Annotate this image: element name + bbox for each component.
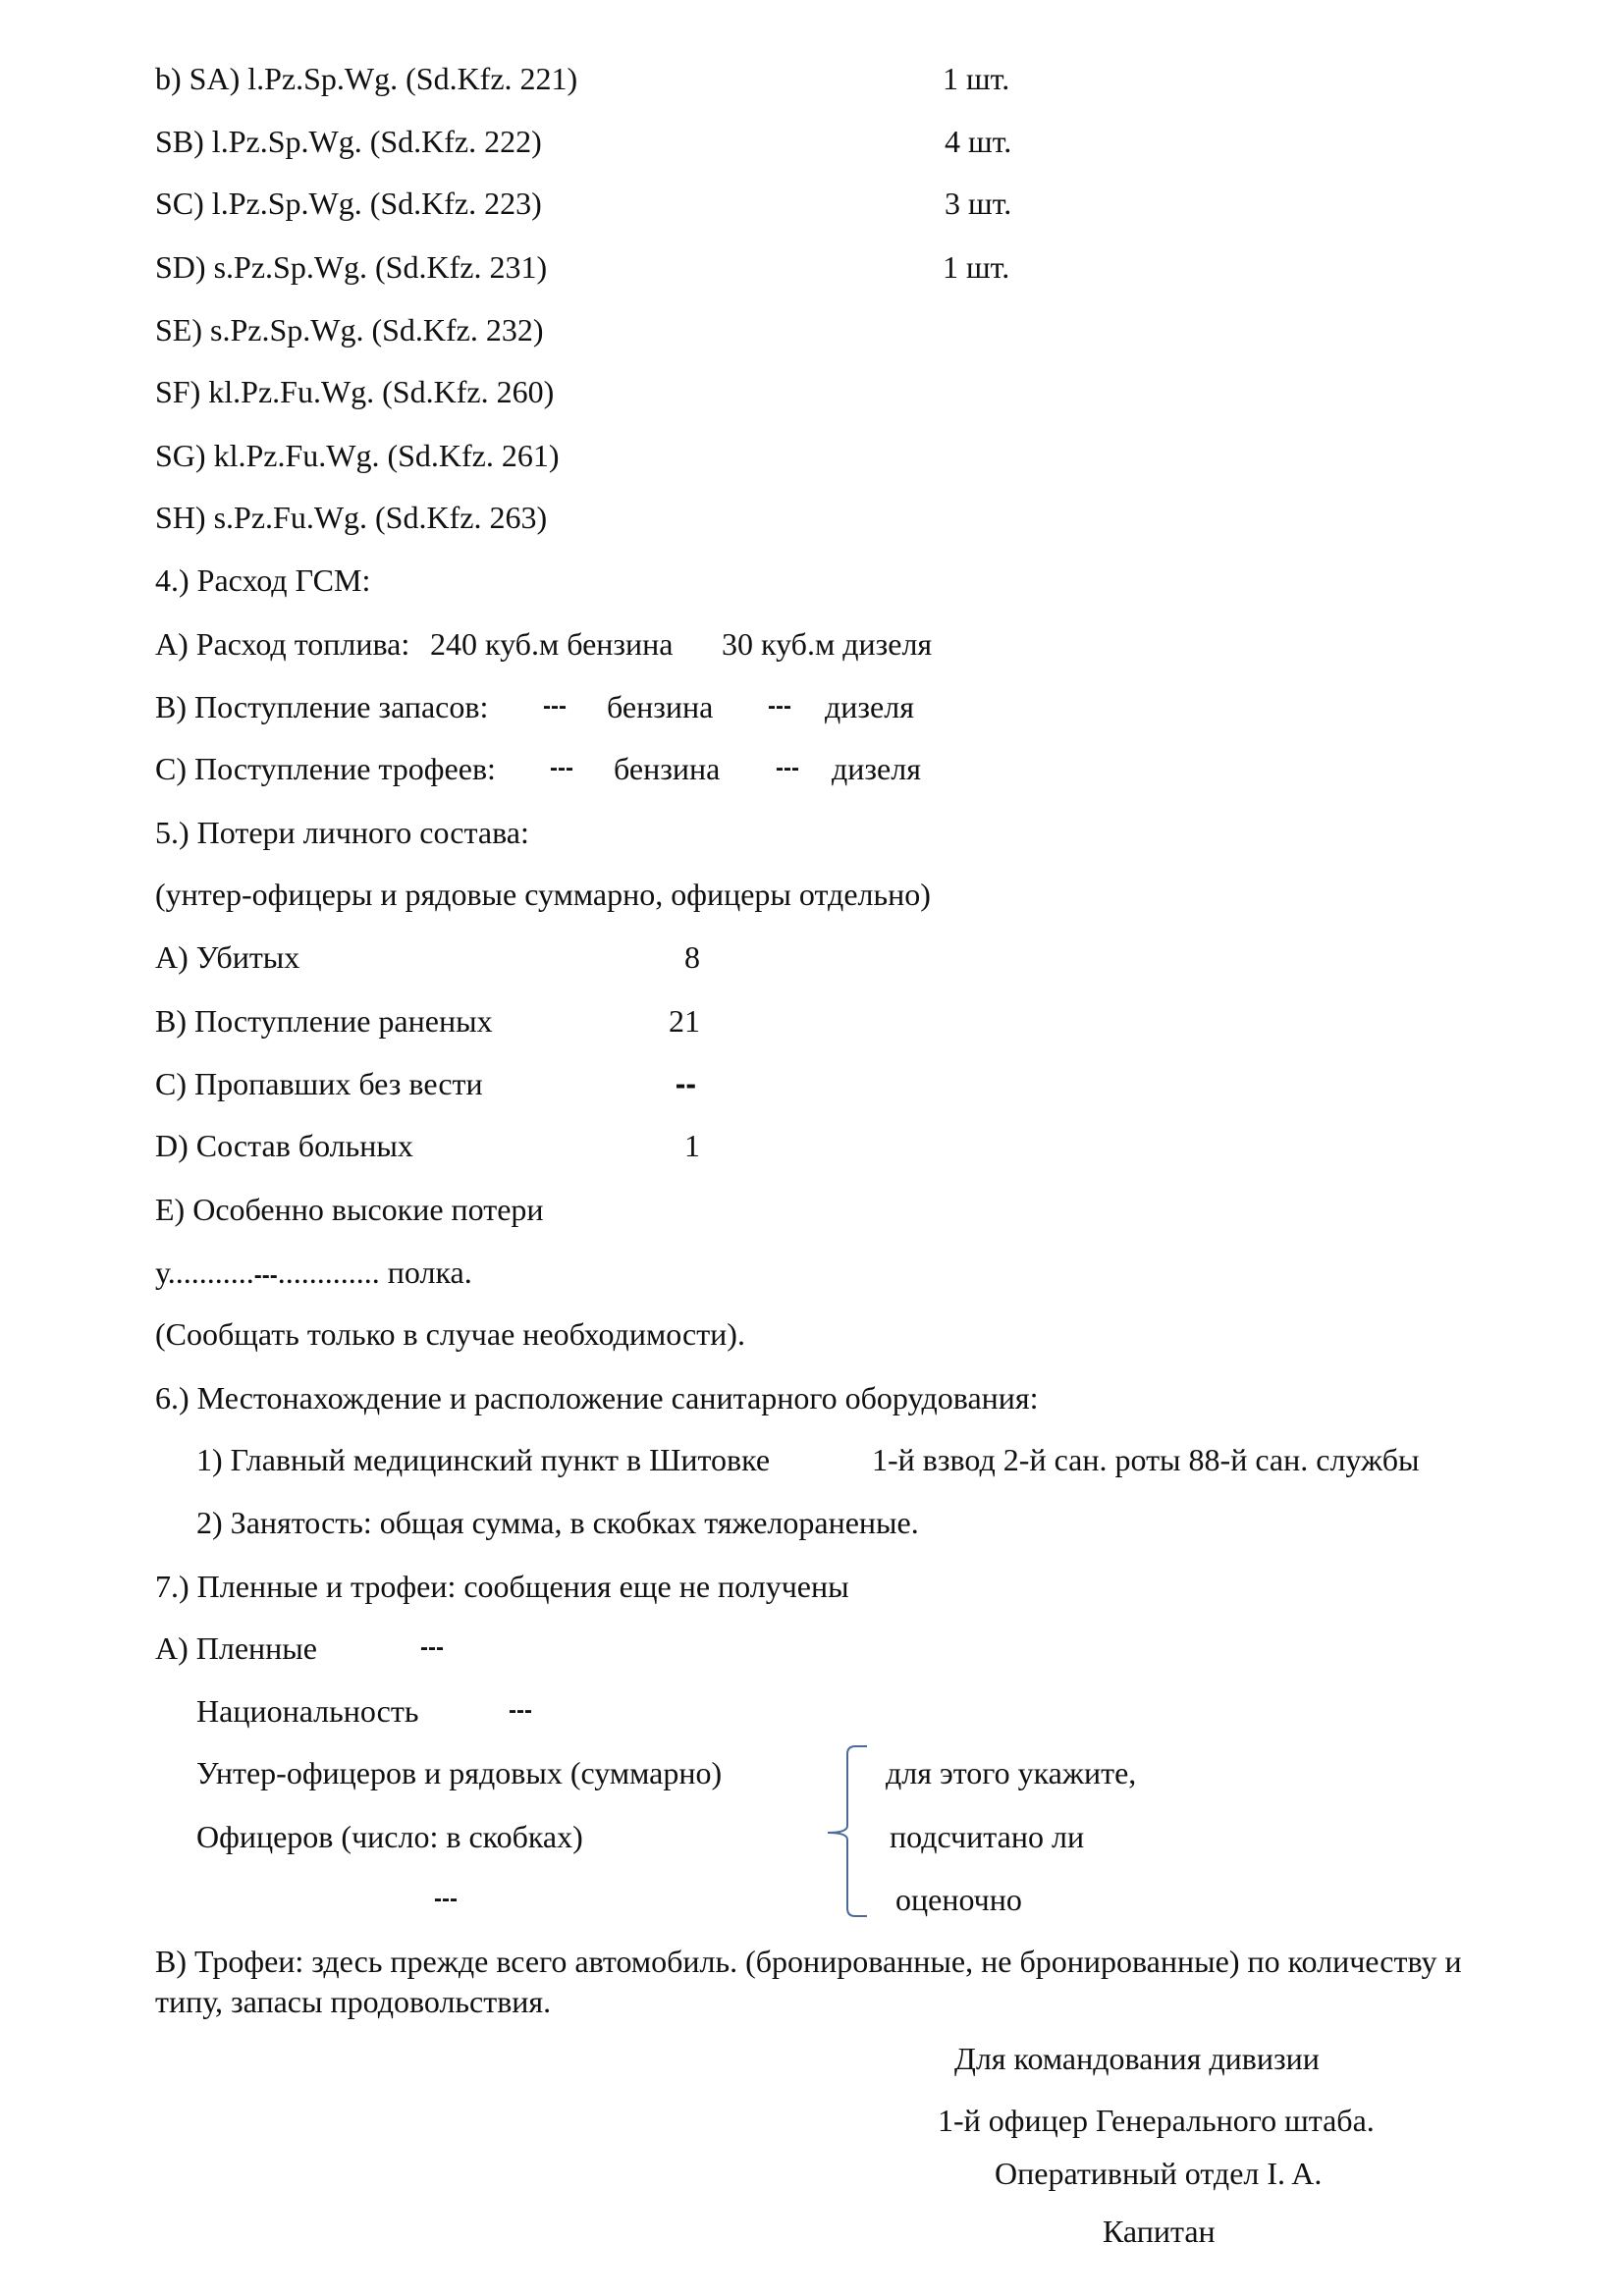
document-page: b) SA) l.Pz.Sp.Wg. (Sd.Kfz. 221) 1 шт. S…	[0, 0, 1624, 2296]
vehicle-name: s.Pz.Fu.Wg. (Sd.Kfz. 263)	[214, 500, 548, 535]
losses-row-value: 1	[622, 1126, 700, 1165]
nationality-value: ---	[509, 1691, 532, 1731]
vehicle-name: kl.Pz.Fu.Wg. (Sd.Kfz. 261)	[214, 438, 560, 473]
brace-note: для этого укажите,	[886, 1753, 1136, 1792]
losses-row-value: --	[618, 1064, 696, 1103]
high-losses-label: E) Особенно высокие потери	[155, 1190, 544, 1229]
vehicle-code: SG)	[155, 438, 206, 473]
section-heading-medical: 6.) Местонахождение и расположение санит…	[155, 1378, 1039, 1417]
fuel-captured-petrol-value: ---	[550, 749, 573, 788]
officers-value: ---	[434, 1880, 458, 1919]
regiment-suffix: ............. полка.	[278, 1255, 472, 1290]
vehicle-code: SB)	[155, 124, 204, 159]
medical-item1-value: 1-й взвод 2-й сан. роты 88-й сан. службы	[872, 1440, 1419, 1479]
medical-item1-label: 1) Главный медицинский пункт в Шитовке	[196, 1440, 770, 1479]
vehicle-row: SB) l.Pz.Sp.Wg. (Sd.Kfz. 222)	[155, 122, 542, 161]
vehicle-name: s.Pz.Sp.Wg. (Sd.Kfz. 232)	[210, 312, 544, 347]
losses-row-label: C) Пропавших без вести	[155, 1064, 483, 1103]
fuel-supplies-diesel-unit: дизеля	[825, 687, 914, 726]
losses-row-label: A) Убитых	[155, 937, 299, 977]
section-heading-losses: 5.) Потери личного состава:	[155, 813, 529, 852]
fuel-consumption-label: A) Расход топлива:	[155, 624, 409, 664]
regiment-prefix: у...........	[155, 1255, 254, 1290]
list-prefix: b)	[155, 61, 182, 96]
trophies-line: типу, запасы продовольствия.	[155, 1982, 551, 2021]
prisoners-label: A) Пленные	[155, 1629, 317, 1668]
vehicle-code: SH)	[155, 500, 206, 535]
fuel-supplies-diesel-value: ---	[768, 687, 791, 726]
signature-line: Оперативный отдел I. A.	[995, 2154, 1322, 2193]
vehicle-code: SE)	[155, 312, 202, 347]
vehicle-code: SA)	[189, 61, 241, 96]
prisoners-value: ---	[420, 1629, 444, 1668]
vehicle-count: 1 шт.	[943, 59, 1009, 98]
vehicle-row: SE) s.Pz.Sp.Wg. (Sd.Kfz. 232)	[155, 310, 544, 349]
regiment-value: ---	[254, 1262, 278, 1289]
losses-row-value: 21	[622, 1001, 700, 1041]
vehicle-name: l.Pz.Sp.Wg. (Sd.Kfz. 221)	[247, 61, 577, 96]
section-heading-prisoners: 7.) Пленные и трофеи: сообщения еще не п…	[155, 1567, 849, 1606]
fuel-captured-petrol-unit: бензина	[614, 749, 720, 788]
fuel-consumption-petrol: 240 куб.м бензина	[430, 624, 673, 664]
vehicle-row: SC) l.Pz.Sp.Wg. (Sd.Kfz. 223)	[155, 184, 542, 223]
losses-note: (унтер-офицеры и рядовые суммарно, офице…	[155, 875, 931, 914]
vehicle-row: SD) s.Pz.Sp.Wg. (Sd.Kfz. 231)	[155, 247, 547, 287]
losses-row-label: B) Поступление раненых	[155, 1001, 493, 1041]
fuel-consumption-diesel: 30 куб.м дизеля	[722, 624, 932, 664]
fuel-captured-diesel-unit: дизеля	[832, 749, 921, 788]
fuel-supplies-petrol-value: ---	[543, 687, 567, 726]
losses-row-label: D) Состав больных	[155, 1126, 413, 1165]
fuel-supplies-label: B) Поступление запасов:	[155, 687, 488, 726]
brace-note: подсчитано ли	[890, 1817, 1084, 1856]
curly-brace-icon	[823, 1743, 872, 1920]
vehicle-row: SH) s.Pz.Fu.Wg. (Sd.Kfz. 263)	[155, 498, 547, 537]
signature-line: Для командования дивизии	[954, 2039, 1320, 2078]
vehicle-name: kl.Pz.Fu.Wg. (Sd.Kfz. 260)	[208, 374, 554, 409]
fuel-captured-diesel-value: ---	[776, 749, 799, 788]
vehicle-code: SC)	[155, 186, 204, 221]
vehicle-row: SG) kl.Pz.Fu.Wg. (Sd.Kfz. 261)	[155, 436, 560, 475]
vehicle-name: s.Pz.Sp.Wg. (Sd.Kfz. 231)	[214, 249, 548, 285]
vehicle-code: SD)	[155, 249, 206, 285]
losses-row-value: 8	[622, 937, 700, 977]
report-note: (Сообщать только в случае необходимости)…	[155, 1314, 745, 1354]
officers-label: Офицеров (число: в скобках)	[196, 1817, 583, 1856]
vehicle-row: b) SA) l.Pz.Sp.Wg. (Sd.Kfz. 221)	[155, 59, 577, 98]
vehicle-code: SF)	[155, 374, 200, 409]
nationality-label: Национальность	[196, 1691, 418, 1731]
fuel-supplies-petrol-unit: бензина	[607, 687, 713, 726]
signature-line: Капитан	[1103, 2212, 1216, 2251]
vehicle-count: 4 шт.	[945, 122, 1011, 161]
trophies-line: B) Трофеи: здесь прежде всего автомобиль…	[155, 1942, 1462, 1981]
vehicle-count: 1 шт.	[943, 247, 1009, 287]
brace-note: оценочно	[895, 1880, 1022, 1919]
vehicle-row: SF) kl.Pz.Fu.Wg. (Sd.Kfz. 260)	[155, 372, 554, 411]
signature-line: 1-й офицер Генерального штаба.	[938, 2101, 1375, 2140]
vehicle-name: l.Pz.Sp.Wg. (Sd.Kfz. 222)	[212, 124, 542, 159]
nco-label: Унтер-офицеров и рядовых (суммарно)	[196, 1753, 722, 1792]
vehicle-count: 3 шт.	[945, 184, 1011, 223]
section-heading-fuel: 4.) Расход ГСМ:	[155, 561, 370, 600]
high-losses-regiment: у...........---............. полка.	[155, 1253, 472, 1296]
vehicle-name: l.Pz.Sp.Wg. (Sd.Kfz. 223)	[212, 186, 542, 221]
medical-item2: 2) Занятость: общая сумма, в скобках тяж…	[196, 1503, 919, 1542]
fuel-captured-label: C) Поступление трофеев:	[155, 749, 496, 788]
